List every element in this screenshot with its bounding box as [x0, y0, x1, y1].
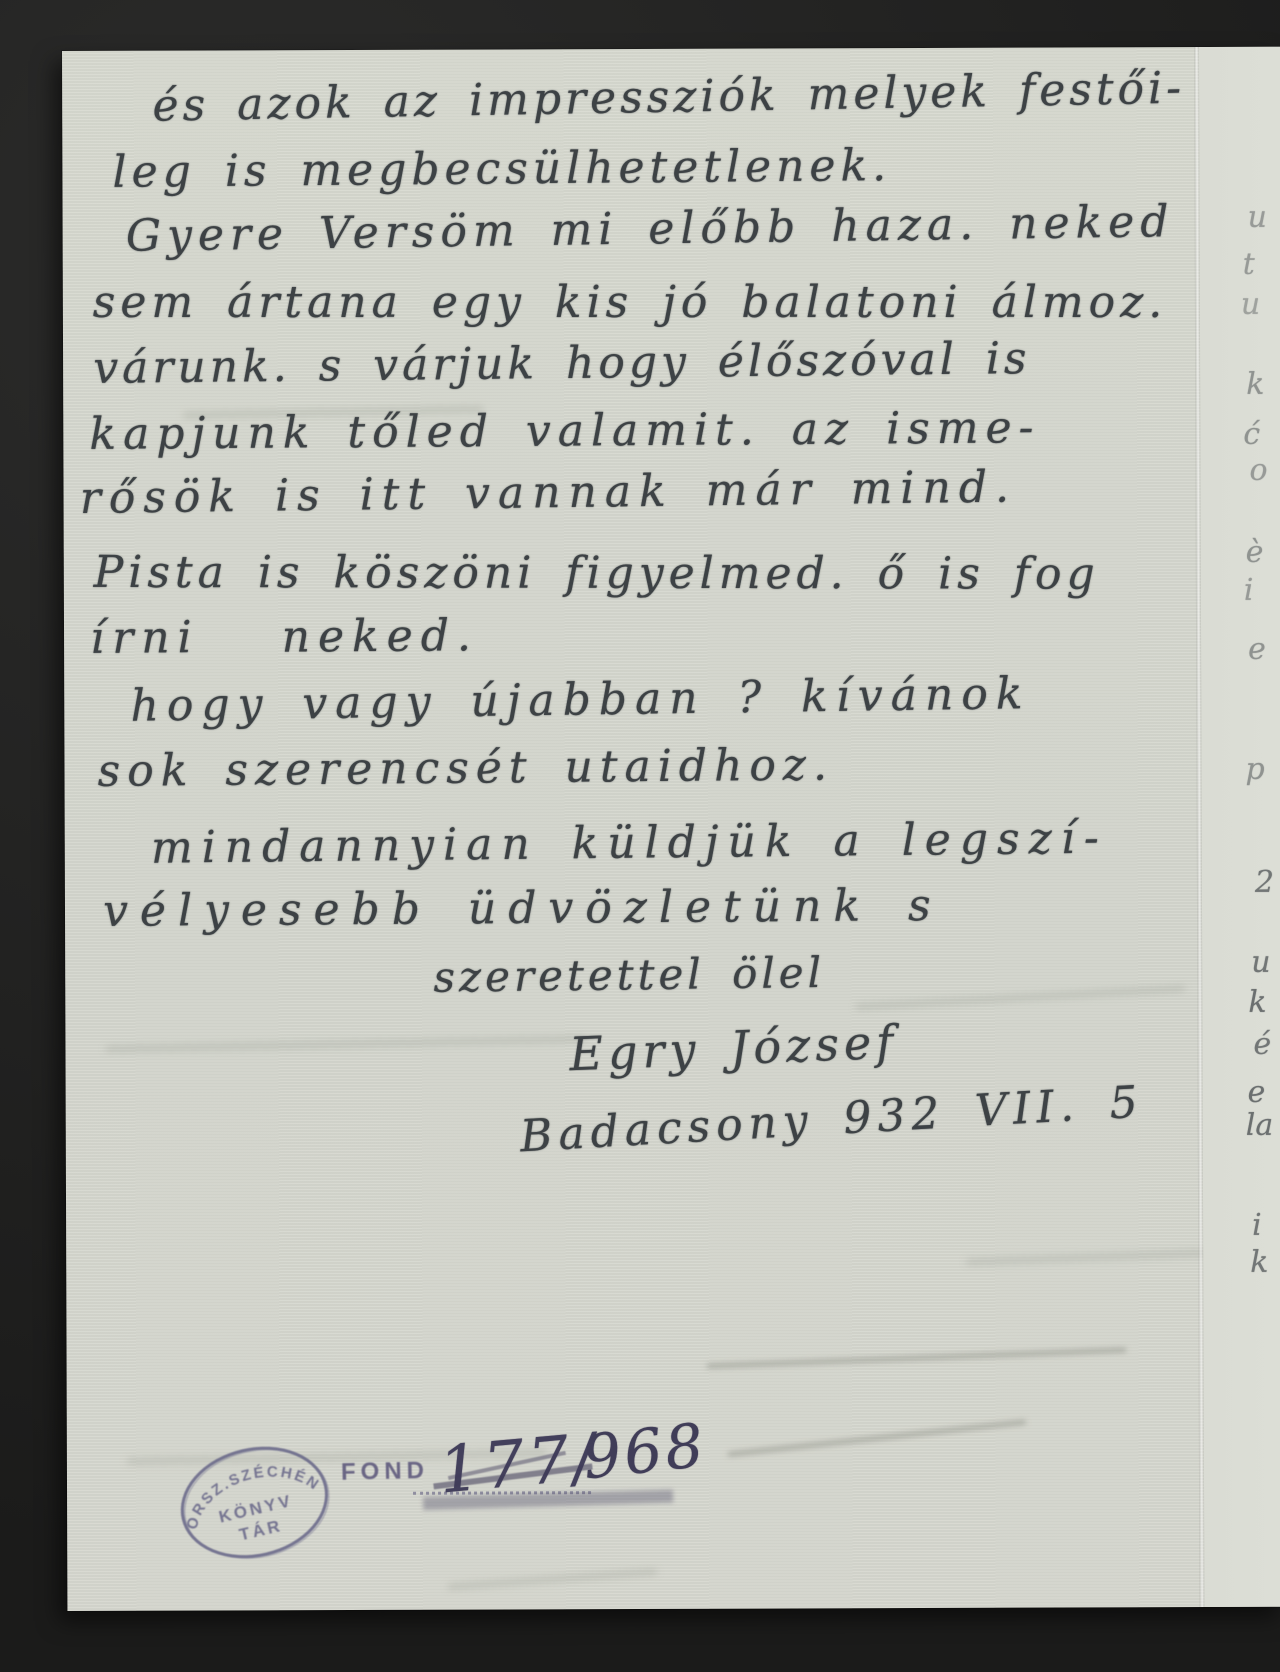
handwriting-fragment: k — [1246, 367, 1264, 402]
letter-line: Pista is köszöni figyelmed. ő is fog — [94, 547, 1100, 600]
handwriting-fragment: i — [1244, 573, 1254, 608]
bleed-through-mark — [855, 986, 1185, 1008]
handwriting-fragment: é — [1253, 1027, 1271, 1062]
letter-line: írni neked. — [90, 610, 479, 664]
handwriting-fragment: o — [1249, 453, 1267, 488]
scan-background: és azok az impressziók melyek festői-leg… — [0, 0, 1280, 1672]
handwriting-fragment: i — [1252, 1208, 1262, 1243]
handwriting-fragment: u — [1248, 200, 1267, 235]
handwriting-fragment: u — [1251, 945, 1270, 980]
letter-line: hogy vagy újabban ? kívánok — [130, 668, 1031, 732]
library-stamp: ORSZ.SZÉCHÉNYI KÖNYV TÁR — [153, 1414, 358, 1596]
handwriting-fragment: ć — [1243, 417, 1260, 452]
letter-line: leg is megbecsülhetetlenek. — [112, 140, 891, 198]
letter-page: és azok az impressziók melyek festői-leg… — [62, 47, 1280, 1611]
fond-number: 968 — [579, 1411, 709, 1494]
handwriting-fragment: p — [1245, 752, 1264, 787]
letter-line: kapjunk tőled valamit. az isme- — [89, 402, 1040, 460]
letter-line: sem ártana egy kis jó balatoni álmoz. — [93, 277, 1168, 328]
bleed-through-mark — [966, 1251, 1206, 1264]
letter-line: szeretettel ölel — [433, 948, 825, 1002]
letter-line: mindannyian küldjük a legszí- — [151, 813, 1108, 874]
handwriting-fragment: k — [1250, 1245, 1268, 1280]
handwriting-fragment: u — [1241, 287, 1260, 322]
letter-body: és azok az impressziók melyek festői-leg… — [62, 47, 1280, 51]
handwriting-fragment: e — [1248, 632, 1266, 667]
handwriting-fragment: e — [1248, 1075, 1266, 1110]
bleed-through-mark — [707, 1348, 1127, 1368]
handwriting-fragment: k — [1248, 985, 1266, 1020]
letter-line: Gyere Versöm mi előbb haza. neked — [126, 196, 1175, 262]
bleed-through-mark — [105, 1037, 585, 1051]
bleed-through-mark — [728, 1420, 1027, 1456]
bleed-through-mark — [447, 1570, 657, 1589]
handwriting-fragment: t — [1243, 247, 1255, 282]
handwriting-fragment: è — [1246, 535, 1264, 570]
letter-line: Egry József — [568, 1015, 899, 1082]
letter-line: rősök is itt vannak már mind. — [79, 461, 1017, 523]
letter-line: várunk. s várjuk hogy élőszóval is — [93, 333, 1031, 394]
letter-line: sok szerencsét utaidhoz. — [97, 739, 834, 796]
letter-line: és azok az impressziók melyek festői- — [152, 63, 1185, 132]
handwriting-fragment: 2 — [1255, 865, 1274, 900]
second-page-fragments: utukćoèiep2ukéelaik — [62, 47, 1280, 51]
letter-line: Badacsony 932 VII. 5 — [519, 1077, 1145, 1163]
handwriting-fragment: la — [1246, 1108, 1274, 1143]
second-page-edge — [1199, 47, 1280, 1607]
letter-line: vélyesebb üdvözletünk s — [103, 880, 943, 937]
